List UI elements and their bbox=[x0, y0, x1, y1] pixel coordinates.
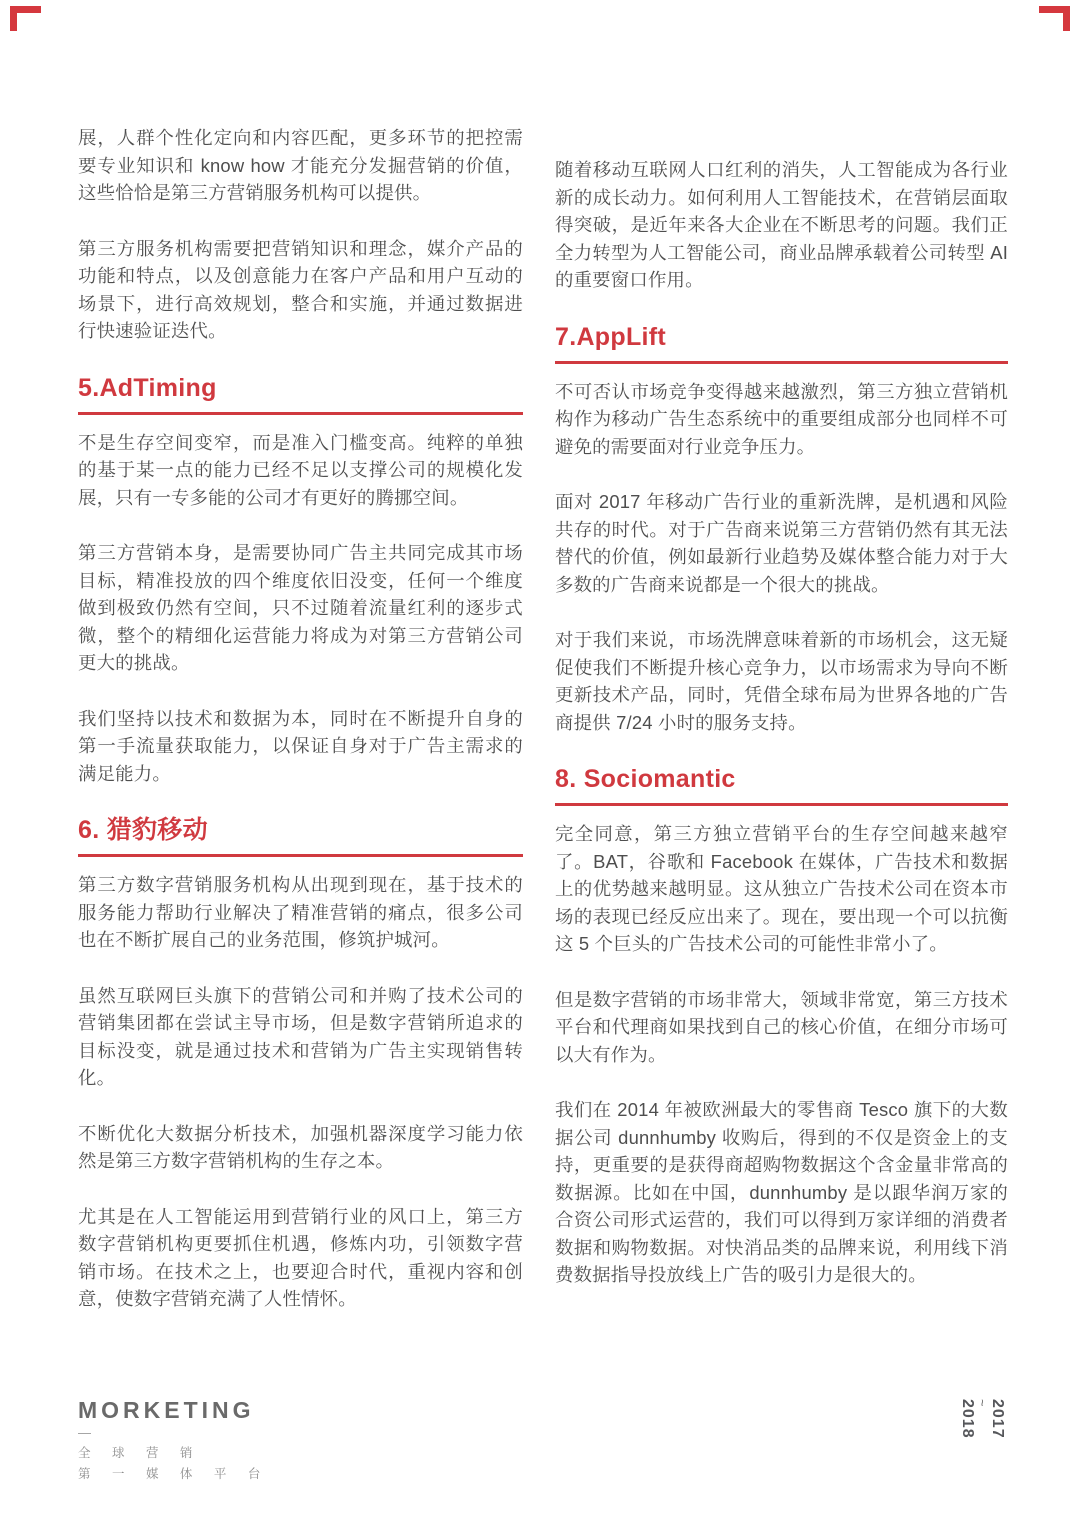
section-heading-applift: 7.AppLift bbox=[555, 322, 1008, 364]
year-from: 2017 bbox=[990, 1399, 1005, 1479]
morketing-logo: MORKETING bbox=[78, 1397, 269, 1423]
year-to: 2018 bbox=[960, 1399, 975, 1479]
year-separator: ~ bbox=[975, 1399, 990, 1479]
section-heading-sociomantic: 8. Sociomantic bbox=[555, 764, 1008, 806]
brand-tagline-1: 全 球 营 销 bbox=[78, 1446, 269, 1461]
paragraph: 第三方数字营销服务机构从出现到现在，基于技术的服务能力帮助行业解决了精准营销的痛… bbox=[78, 871, 523, 954]
paragraph: 随着移动互联网人口红利的消失，人工智能成为各行业新的成长动力。如何利用人工智能技… bbox=[555, 156, 1008, 294]
paragraph: 不是生存空间变窄，而是准入门槛变高。纯粹的单独的基于某一点的能力已经不足以支撑公… bbox=[78, 429, 523, 512]
paragraph: 但是数字营销的市场非常大，领域非常宽，第三方技术平台和代理商如果找到自己的核心价… bbox=[555, 986, 1008, 1069]
edition-years: 2017 ~ 2018 bbox=[960, 1399, 1005, 1479]
section-title: 6. 猎豹移动 bbox=[78, 815, 523, 845]
paragraph: 我们在 2014 年被欧洲最大的零售商 Tesco 旗下的大数据公司 dunnh… bbox=[555, 1096, 1008, 1289]
paragraph: 展，人群个性化定向和内容匹配，更多环节的把控需要专业知识和 know how 才… bbox=[78, 124, 523, 207]
paragraph: 第三方服务机构需要把营销知识和理念，媒介产品的功能和特点，以及创意能力在客户产品… bbox=[78, 235, 523, 345]
section-title: 5.AdTiming bbox=[78, 373, 523, 403]
paragraph: 不断优化大数据分析技术，加强机器深度学习能力依然是第三方数字营销机构的生存之本。 bbox=[78, 1120, 523, 1175]
paragraph: 第三方营销本身，是需要协同广告主共同完成其市场目标，精准投放的四个维度依旧没变，… bbox=[78, 539, 523, 677]
corner-mark-right-icon bbox=[1039, 6, 1070, 31]
corner-mark-left-icon bbox=[10, 6, 41, 31]
magazine-page: 展，人群个性化定向和内容匹配，更多环节的把控需要专业知识和 know how 才… bbox=[0, 0, 1080, 1538]
paragraph: 面对 2017 年移动广告行业的重新洗牌，是机遇和风险共存的时代。对于广告商来说… bbox=[555, 488, 1008, 598]
paragraph: 完全同意，第三方独立营销平台的生存空间越来越窄了。BAT，谷歌和 Faceboo… bbox=[555, 820, 1008, 958]
paragraph: 尤其是在人工智能运用到营销行业的风口上，第三方数字营销机构更要抓住机遇，修炼内功… bbox=[78, 1203, 523, 1313]
paragraph: 虽然互联网巨头旗下的营销公司和并购了技术公司的营销集团都在尝试主导市场，但是数字… bbox=[78, 982, 523, 1092]
paragraph: 不可否认市场竞争变得越来越激烈，第三方独立营销机构作为移动广告生态系统中的重要组… bbox=[555, 378, 1008, 461]
right-column: 随着移动互联网人口红利的消失，人工智能成为各行业新的成长动力。如何利用人工智能技… bbox=[555, 124, 1008, 1313]
section-heading-adtiming: 5.AdTiming bbox=[78, 373, 523, 415]
paragraph: 我们坚持以技术和数据为本，同时在不断提升自身的第一手流量获取能力，以保证自身对于… bbox=[78, 705, 523, 788]
brand-tagline-2: 第 一 媒 体 平 台 bbox=[78, 1467, 269, 1482]
brand-block: MORKETING — 全 球 营 销 第 一 媒 体 平 台 bbox=[78, 1397, 269, 1482]
section-title: 7.AppLift bbox=[555, 322, 1008, 352]
brand-dash: — bbox=[78, 1428, 269, 1438]
section-heading-cheetah-mobile: 6. 猎豹移动 bbox=[78, 815, 523, 857]
two-column-layout: 展，人群个性化定向和内容匹配，更多环节的把控需要专业知识和 know how 才… bbox=[78, 124, 1008, 1313]
section-title: 8. Sociomantic bbox=[555, 764, 1008, 794]
left-column: 展，人群个性化定向和内容匹配，更多环节的把控需要专业知识和 know how 才… bbox=[78, 124, 523, 1313]
paragraph: 对于我们来说，市场洗牌意味着新的市场机会，这无疑促使我们不断提升核心竞争力，以市… bbox=[555, 626, 1008, 736]
